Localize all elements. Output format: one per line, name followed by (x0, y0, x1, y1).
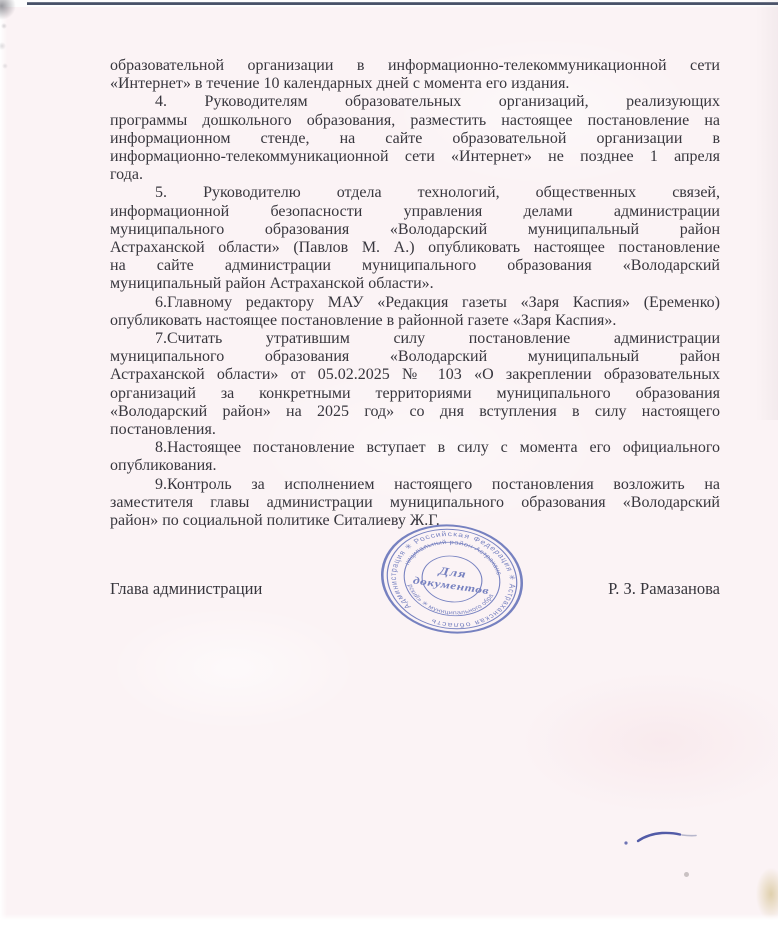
document-line: программы дошкольного образования, разме… (110, 112, 720, 130)
scan-left-edge (0, 0, 7, 928)
scan-right-edge-shadow (756, 0, 778, 420)
document-line: организаций за конкретными территориями … (110, 385, 720, 403)
signature-name: Р. З. Рамазанова (608, 579, 720, 599)
document-line: образовательной организации в информацио… (110, 57, 720, 75)
scanner-bottom-margin (0, 914, 778, 928)
document-line: опубликовать настоящее постановление в р… (110, 312, 720, 330)
document-line: муниципального образования «Володарский … (110, 348, 720, 366)
document-line: Астраханской области» от 05.02.2025 № 10… (110, 366, 720, 384)
document-line: 5. Руководителю отдела технологий, общес… (110, 184, 720, 202)
document-line: 8.Настоящее постановление вступает в сил… (110, 439, 720, 457)
document-line: «Интернет» в течение 10 календарных дней… (110, 75, 720, 93)
pen-mark (612, 820, 707, 852)
official-round-stamp: Администрация ✳ Российская Федерация ✳ А… (362, 505, 542, 653)
document-line: информационном стенде, на сайте образова… (110, 130, 720, 148)
document-line: 7.Считать утратившим силу постановление … (110, 330, 720, 348)
document-line: на сайте администрации муниципального об… (110, 257, 720, 275)
document-line: информационно-телекоммуникационной сети … (110, 148, 720, 166)
document-line: опубликования. (110, 457, 720, 475)
signature-title: Глава администрации (110, 579, 262, 599)
pen-dot (624, 841, 627, 844)
document-line: 4. Руководителям образовательных организ… (110, 93, 720, 111)
scanned-page: образовательной организации в информацио… (0, 0, 778, 928)
scan-speck (684, 872, 689, 877)
document-line: года. (110, 166, 720, 184)
document-line: 6.Главному редактору МАУ «Редакция газет… (110, 294, 720, 312)
page-corner-smudge (0, 0, 16, 20)
document-line: 9.Контроль за исполнением настоящего пос… (110, 476, 720, 494)
document-line: информационной безопасности управления д… (110, 203, 720, 221)
document-line: муниципальный район Астраханской области… (110, 275, 720, 293)
document-line: постановления. (110, 421, 720, 439)
bottom-right-smudge (756, 868, 778, 920)
pen-stroke-tail (682, 835, 696, 836)
document-line: Астраханской области» (Павлов М. А.) опу… (110, 239, 720, 257)
scan-top-edge-line (27, 2, 778, 5)
document-line: муниципального образования «Володарский … (110, 221, 720, 239)
document-line: «Володарский район» на 2025 год» со дня … (110, 403, 720, 421)
document-body: образовательной организации в информацио… (110, 57, 720, 530)
pen-stroke (638, 833, 680, 841)
page-corner-marks (0, 18, 12, 78)
